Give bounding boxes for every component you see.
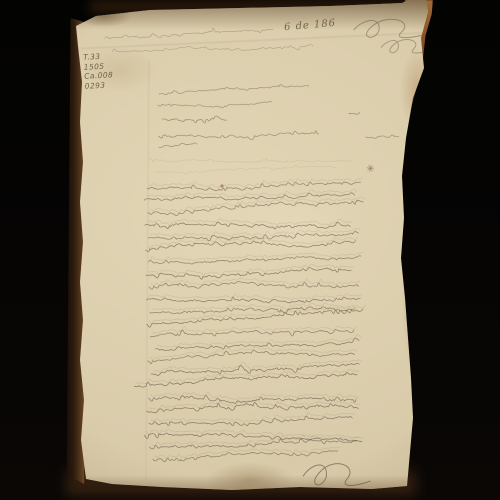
- handwriting-stroke: [151, 276, 360, 289]
- photo-stage: T.33 1505 Ca.008 0293 6 de 186 ✳: [0, 0, 500, 500]
- handwriting-stroke: [147, 189, 357, 199]
- handwriting-stroke: [162, 116, 227, 125]
- handwriting-stroke: [147, 294, 361, 306]
- handwriting-stroke: [149, 397, 361, 410]
- handwriting-stroke: [158, 100, 272, 110]
- archival-mark-line: 0293: [85, 80, 114, 91]
- archival-catalog-marks: T.33 1505 Ca.008 0293: [83, 51, 114, 90]
- handwriting-stroke: [149, 415, 352, 428]
- handwriting-stroke: [144, 192, 354, 202]
- handwriting-stroke: [159, 129, 319, 142]
- ink-ghost: [150, 154, 351, 175]
- handwriting-stroke: [148, 263, 353, 277]
- handwriting-stroke: [148, 348, 355, 363]
- handwriting-stroke: [147, 309, 364, 327]
- ink-body: [127, 18, 440, 490]
- handwriting-stroke: [147, 400, 359, 413]
- handwriting-stroke: [105, 25, 274, 41]
- ink-header: [105, 23, 313, 60]
- handwriting-stroke: [152, 323, 356, 335]
- archival-mark-line: Ca.008: [84, 70, 113, 81]
- handwriting-stroke: [159, 84, 309, 95]
- handwriting-stroke: [159, 143, 197, 148]
- handwriting-stroke: [146, 426, 364, 443]
- handwriting-stroke: [158, 335, 362, 348]
- ink-caption: [157, 81, 399, 148]
- handwriting-stroke: [349, 113, 360, 115]
- handwriting-stroke: [151, 252, 363, 262]
- handwriting-stroke: [151, 363, 359, 376]
- handwriting-stroke: [150, 154, 351, 165]
- handwriting-stroke: [354, 19, 427, 39]
- handwriting-stroke: [136, 369, 359, 384]
- handwriting-stroke: [155, 165, 336, 175]
- handwriting-stroke: [366, 135, 399, 139]
- handwriting-stroke: [112, 39, 313, 60]
- handwriting-stroke: [149, 305, 366, 323]
- handwriting-stroke: [303, 463, 370, 486]
